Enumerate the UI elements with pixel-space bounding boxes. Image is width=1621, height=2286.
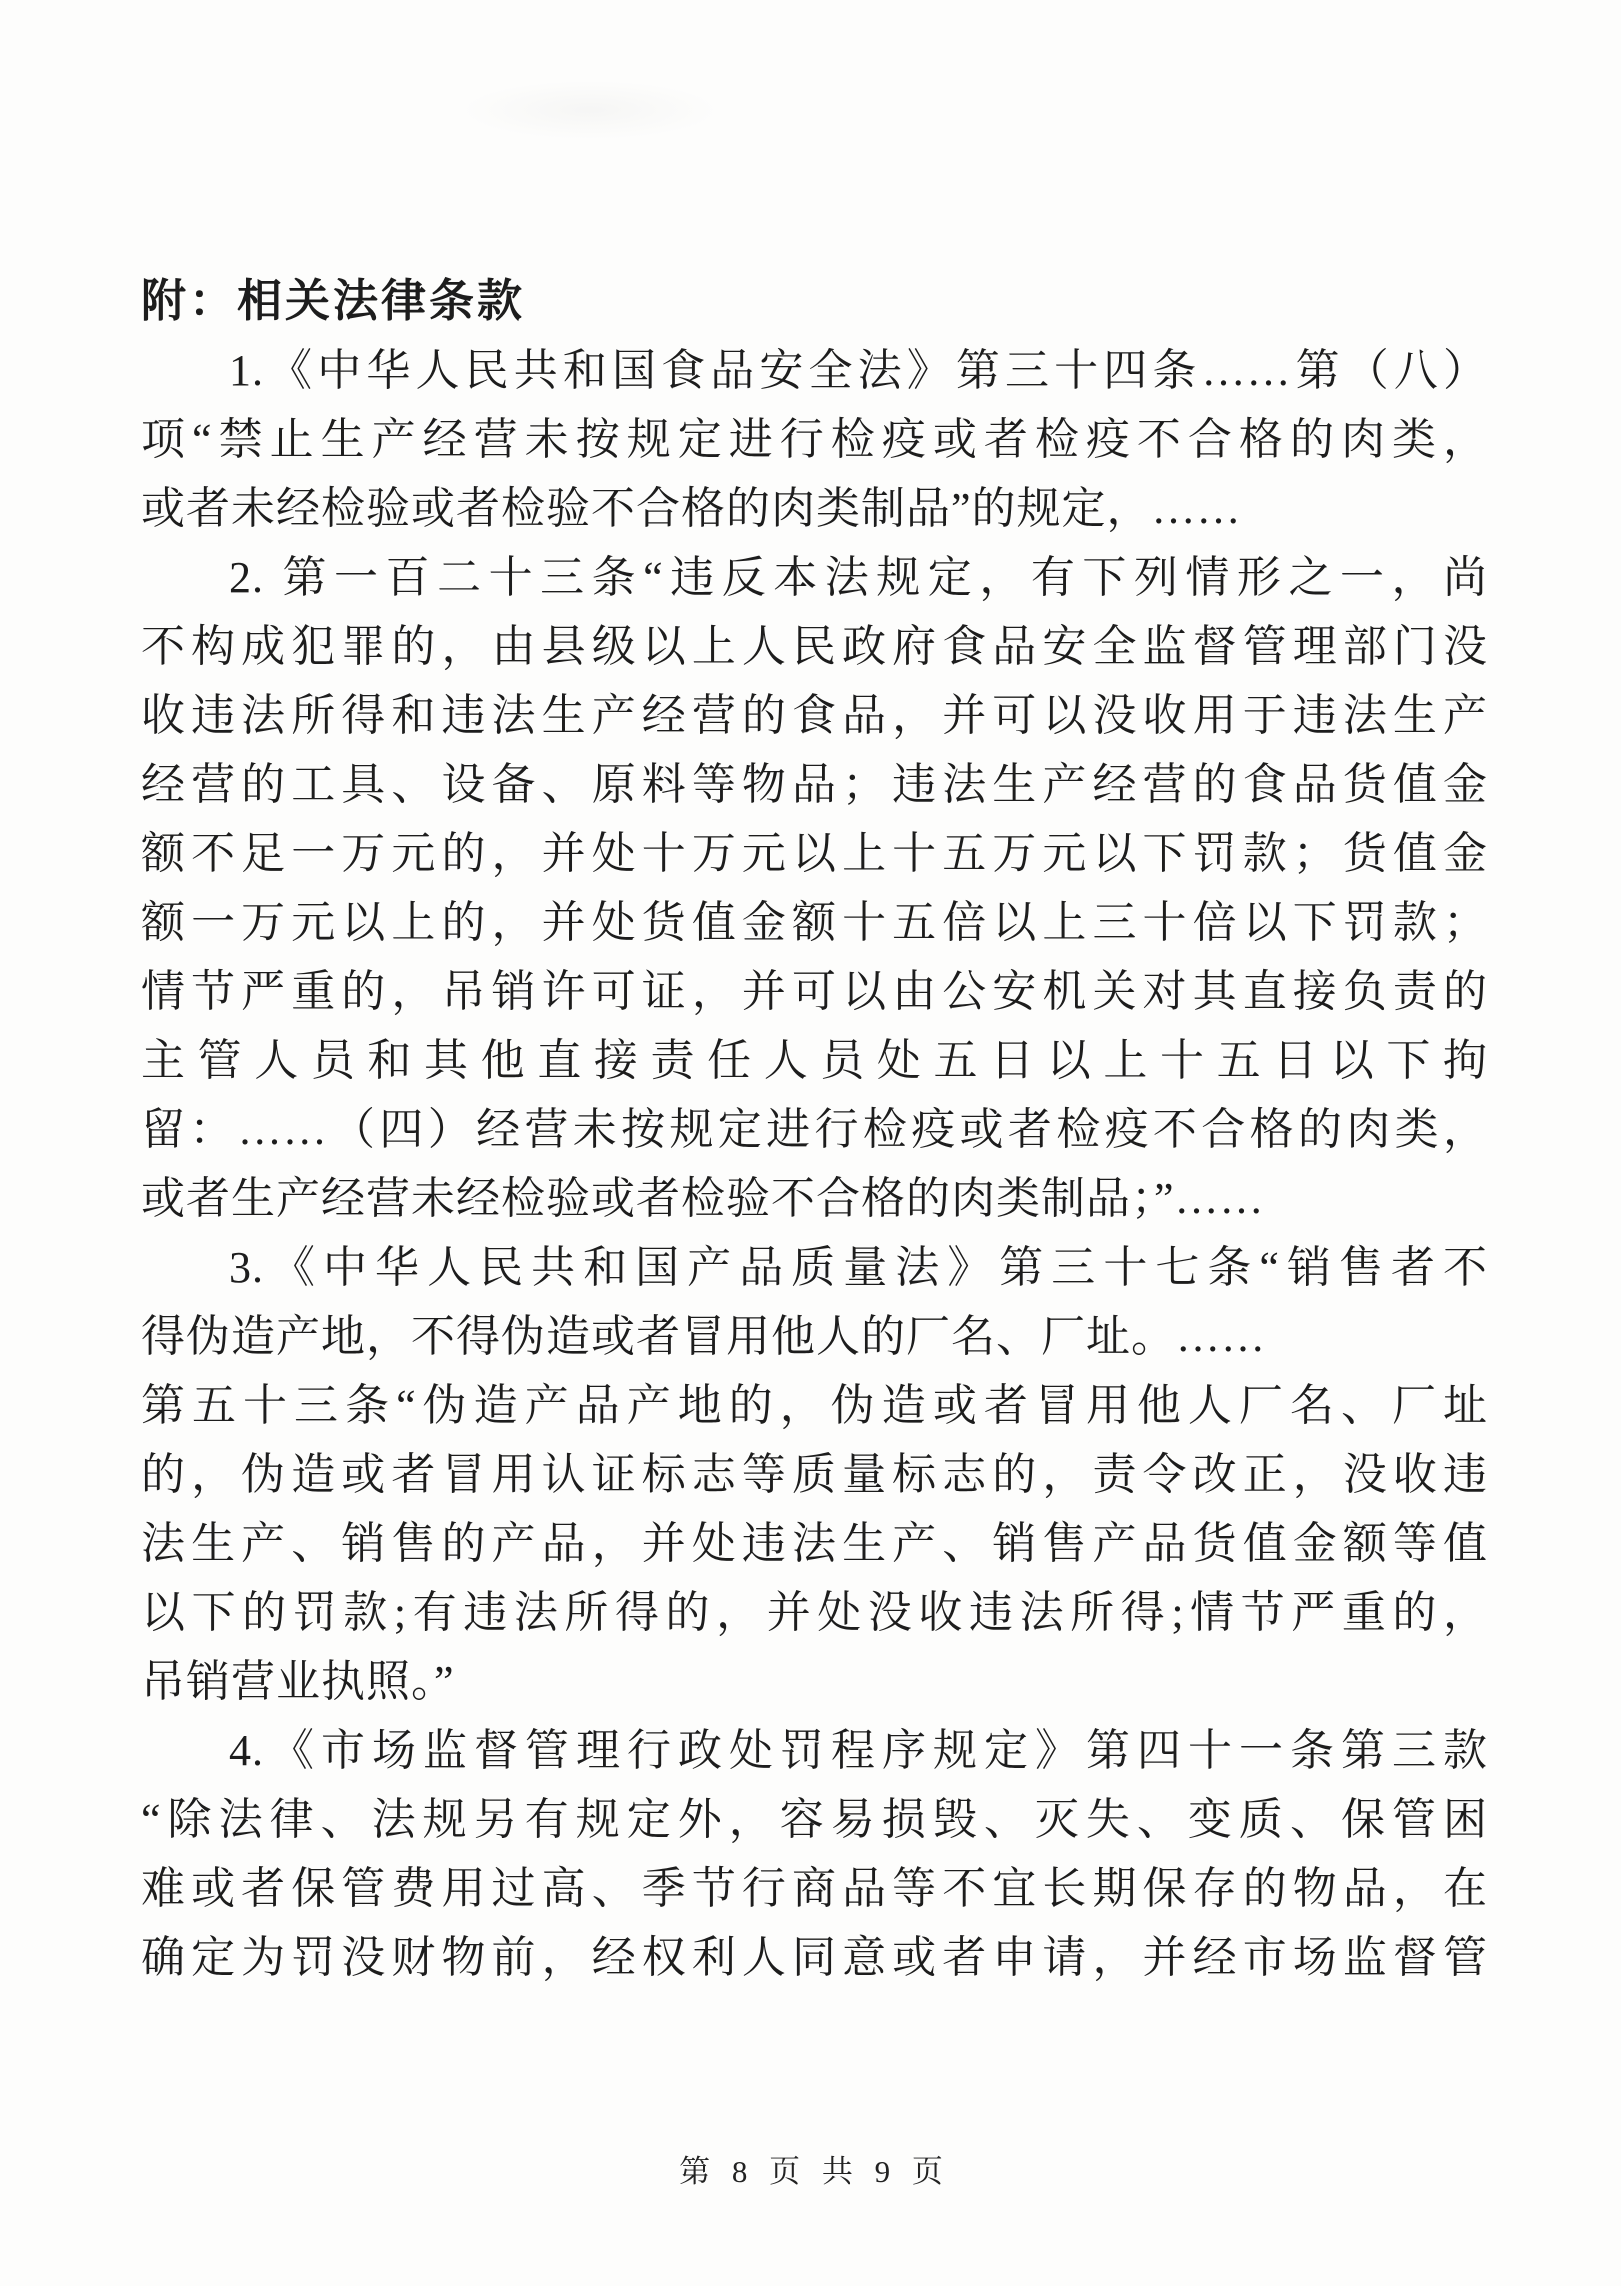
body-line: 吊销营业执照。” — [141, 1647, 1488, 1716]
scanned-document-page: 附：相关法律条款 1.《中华人民共和国食品安全法》第三十四条……第（八） 项“禁… — [0, 0, 1621, 2286]
body-line: 不构成犯罪的，由县级以上人民政府食品安全监督管理部门没 — [141, 612, 1488, 681]
body-line: 留：……（四）经营未按规定进行检疫或者检疫不合格的肉类， — [141, 1095, 1488, 1164]
body-line: 2. 第一百二十三条“违反本法规定，有下列情形之一，尚 — [141, 543, 1488, 612]
body-line: 主管人员和其他直接责任人员处五日以上十五日以下拘 — [141, 1026, 1488, 1095]
body-line: “除法律、法规另有规定外，容易损毁、灭失、变质、保管困 — [141, 1785, 1488, 1854]
attachment-heading: 附：相关法律条款 — [141, 266, 1488, 336]
body-line: 3.《中华人民共和国产品质量法》第三十七条“销售者不 — [141, 1233, 1488, 1302]
body-line: 或者生产经营未经检验或者检验不合格的肉类制品；”…… — [141, 1164, 1488, 1233]
legal-item-4: 4.《市场监督管理行政处罚程序规定》第四十一条第三款 “除法律、法规另有规定外，… — [141, 1716, 1488, 1992]
body-line: 得伪造产地，不得伪造或者冒用他人的厂名、厂址。…… — [141, 1302, 1488, 1371]
body-line: 难或者保管费用过高、季节行商品等不宜长期保存的物品，在 — [141, 1854, 1488, 1923]
body-line: 额一万元以上的，并处货值金额十五倍以上三十倍以下罚款； — [141, 888, 1488, 957]
body-line: 法生产、销售的产品，并处违法生产、销售产品货值金额等值 — [141, 1509, 1488, 1578]
body-line: 项“禁止生产经营未按规定进行检疫或者检疫不合格的肉类， — [141, 405, 1488, 474]
scan-smudge — [460, 80, 720, 140]
body-line: 或者未经检验或者检验不合格的肉类制品”的规定，…… — [141, 474, 1488, 543]
body-line: 4.《市场监督管理行政处罚程序规定》第四十一条第三款 — [141, 1716, 1488, 1785]
body-line: 第五十三条“伪造产品产地的，伪造或者冒用他人厂名、厂址 — [141, 1371, 1488, 1440]
legal-item-1: 1.《中华人民共和国食品安全法》第三十四条……第（八） 项“禁止生产经营未按规定… — [141, 336, 1488, 543]
body-line: 收违法所得和违法生产经营的食品，并可以没收用于违法生产 — [141, 681, 1488, 750]
page-number: 第 8 页 共 9 页 — [141, 2146, 1488, 2191]
legal-item-3-article-53: 第五十三条“伪造产品产地的，伪造或者冒用他人厂名、厂址 的，伪造或者冒用认证标志… — [141, 1371, 1488, 1716]
body-line: 的，伪造或者冒用认证标志等质量标志的，责令改正，没收违 — [141, 1440, 1488, 1509]
body-line: 情节严重的，吊销许可证，并可以由公安机关对其直接负责的 — [141, 957, 1488, 1026]
legal-item-2: 2. 第一百二十三条“违反本法规定，有下列情形之一，尚 不构成犯罪的，由县级以上… — [141, 543, 1488, 1233]
body-line: 以下的罚款;有违法所得的，并处没收违法所得;情节严重的， — [141, 1578, 1488, 1647]
document-body: 附：相关法律条款 1.《中华人民共和国食品安全法》第三十四条……第（八） 项“禁… — [141, 266, 1488, 1992]
body-line: 确定为罚没财物前，经权利人同意或者申请，并经市场监督管 — [141, 1923, 1488, 1992]
body-line: 经营的工具、设备、原料等物品；违法生产经营的食品货值金 — [141, 750, 1488, 819]
body-line: 1.《中华人民共和国食品安全法》第三十四条……第（八） — [141, 336, 1488, 405]
body-line: 额不足一万元的，并处十万元以上十五万元以下罚款；货值金 — [141, 819, 1488, 888]
legal-item-3: 3.《中华人民共和国产品质量法》第三十七条“销售者不 得伪造产地，不得伪造或者冒… — [141, 1233, 1488, 1371]
